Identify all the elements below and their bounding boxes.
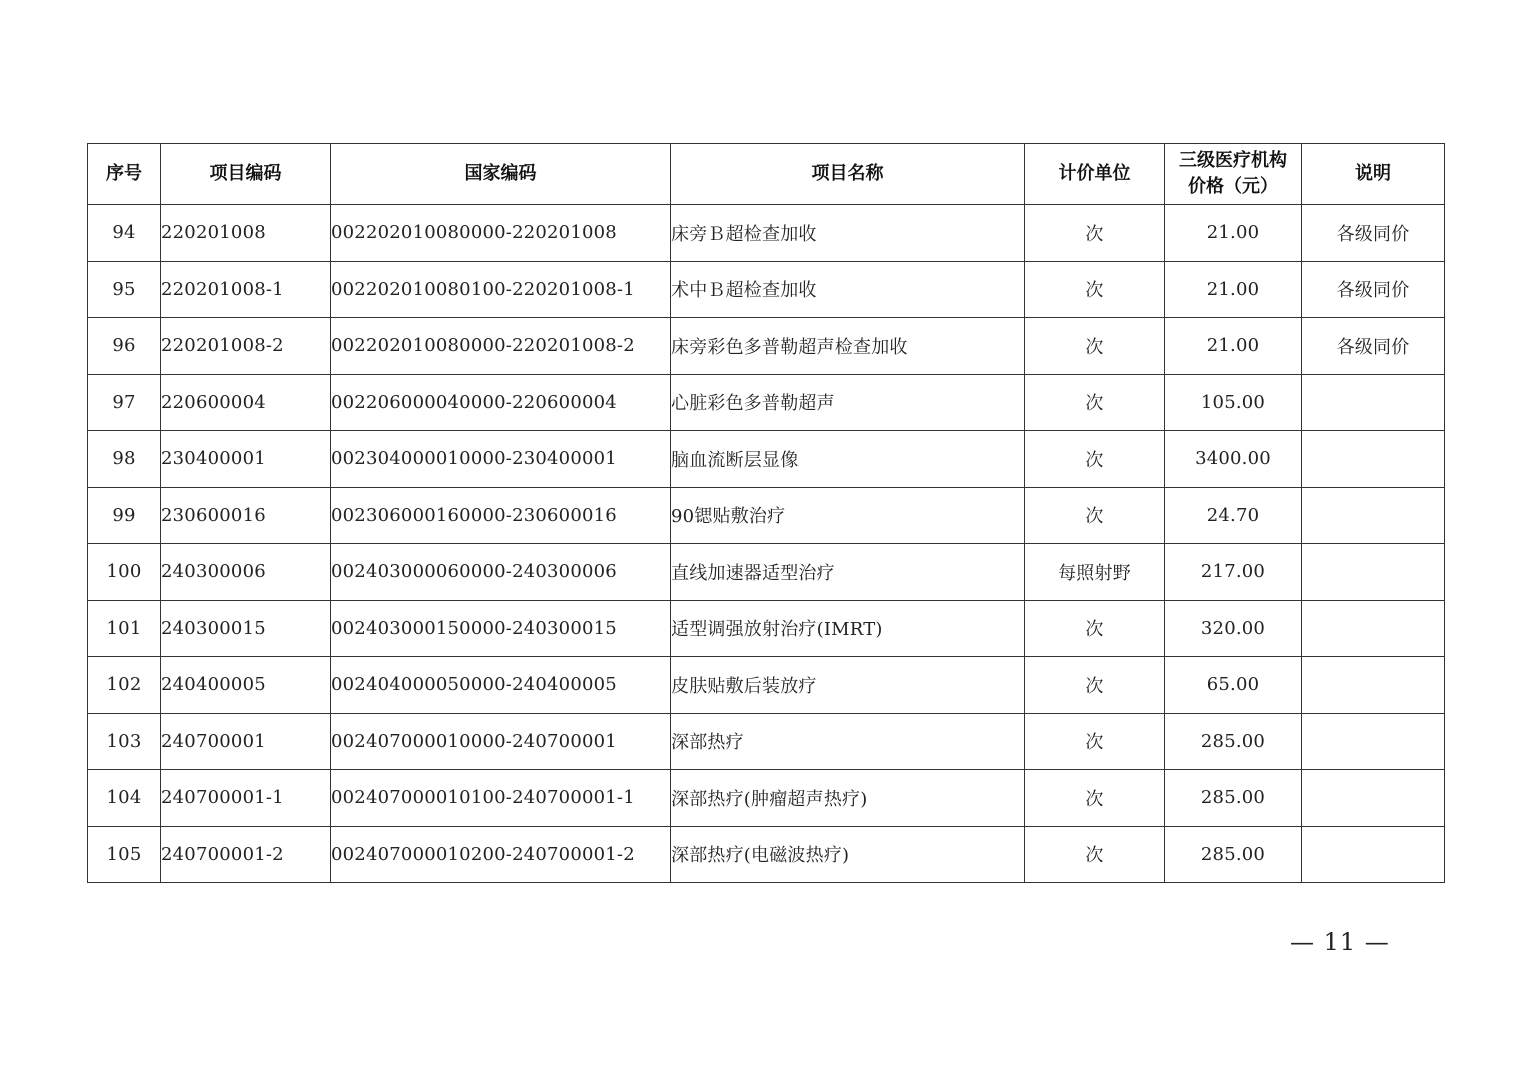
cell-unit: 次 <box>1025 487 1165 544</box>
header-unit: 计价单位 <box>1025 144 1165 205</box>
cell-seq: 101 <box>88 600 161 657</box>
table-row: 95220201008-1002202010080100-220201008-1… <box>88 261 1445 318</box>
cell-unit: 次 <box>1025 431 1165 488</box>
cell-item-name: 90锶贴敷治疗 <box>671 487 1025 544</box>
cell-seq: 98 <box>88 431 161 488</box>
cell-unit: 次 <box>1025 826 1165 883</box>
cell-price: 285.00 <box>1165 770 1302 827</box>
table-row: 100240300006002403000060000-240300006直线加… <box>88 544 1445 601</box>
cell-seq: 96 <box>88 318 161 375</box>
header-item-code: 项目编码 <box>161 144 331 205</box>
table-row: 102240400005002404000050000-240400005皮肤贴… <box>88 657 1445 714</box>
cell-item-name: 心脏彩色多普勒超声 <box>671 374 1025 431</box>
table-row: 103240700001002407000010000-240700001深部热… <box>88 713 1445 770</box>
cell-seq: 104 <box>88 770 161 827</box>
cell-item-code: 240700001-2 <box>161 826 331 883</box>
cell-item-code: 230400001 <box>161 431 331 488</box>
cell-note <box>1302 487 1445 544</box>
table-row: 104240700001-1002407000010100-240700001-… <box>88 770 1445 827</box>
cell-price: 105.00 <box>1165 374 1302 431</box>
table-row: 94220201008002202010080000-220201008床旁Ｂ超… <box>88 205 1445 262</box>
cell-item-code: 220201008-1 <box>161 261 331 318</box>
cell-national-code: 002304000010000-230400001 <box>331 431 671 488</box>
cell-seq: 100 <box>88 544 161 601</box>
table-body: 94220201008002202010080000-220201008床旁Ｂ超… <box>88 205 1445 883</box>
header-note: 说明 <box>1302 144 1445 205</box>
cell-national-code: 002407000010100-240700001-1 <box>331 770 671 827</box>
cell-national-code: 002306000160000-230600016 <box>331 487 671 544</box>
cell-item-code: 240300015 <box>161 600 331 657</box>
cell-item-name: 床旁彩色多普勒超声检查加收 <box>671 318 1025 375</box>
cell-price: 21.00 <box>1165 261 1302 318</box>
cell-note: 各级同价 <box>1302 205 1445 262</box>
cell-item-name: 深部热疗(肿瘤超声热疗) <box>671 770 1025 827</box>
cell-price: 320.00 <box>1165 600 1302 657</box>
table-header-row: 序号 项目编码 国家编码 项目名称 计价单位 三级医疗机构 价格（元） 说明 <box>88 144 1445 205</box>
cell-item-code: 240700001 <box>161 713 331 770</box>
cell-item-name: 术中Ｂ超检查加收 <box>671 261 1025 318</box>
cell-seq: 97 <box>88 374 161 431</box>
cell-item-code: 230600016 <box>161 487 331 544</box>
cell-price: 21.00 <box>1165 318 1302 375</box>
cell-unit: 次 <box>1025 318 1165 375</box>
cell-note <box>1302 770 1445 827</box>
cell-note <box>1302 374 1445 431</box>
cell-price: 285.00 <box>1165 826 1302 883</box>
cell-item-code: 240400005 <box>161 657 331 714</box>
table-row: 101240300015002403000150000-240300015适型调… <box>88 600 1445 657</box>
cell-item-name: 深部热疗 <box>671 713 1025 770</box>
cell-item-name: 床旁Ｂ超检查加收 <box>671 205 1025 262</box>
cell-item-name: 深部热疗(电磁波热疗) <box>671 826 1025 883</box>
cell-national-code: 002202010080000-220201008 <box>331 205 671 262</box>
document-page: 序号 项目编码 国家编码 项目名称 计价单位 三级医疗机构 价格（元） 说明 9… <box>0 0 1520 1074</box>
table-row: 96220201008-2002202010080000-220201008-2… <box>88 318 1445 375</box>
cell-national-code: 002407000010000-240700001 <box>331 713 671 770</box>
cell-note <box>1302 826 1445 883</box>
cell-item-name: 直线加速器适型治疗 <box>671 544 1025 601</box>
cell-note <box>1302 713 1445 770</box>
header-price-line2: 价格（元） <box>1165 174 1301 200</box>
cell-item-code: 220201008-2 <box>161 318 331 375</box>
table-row: 99230600016002306000160000-23060001690锶贴… <box>88 487 1445 544</box>
cell-seq: 105 <box>88 826 161 883</box>
cell-national-code: 002404000050000-240400005 <box>331 657 671 714</box>
cell-national-code: 002202010080000-220201008-2 <box>331 318 671 375</box>
cell-unit: 次 <box>1025 657 1165 714</box>
cell-note <box>1302 431 1445 488</box>
cell-price: 217.00 <box>1165 544 1302 601</box>
cell-item-code: 220201008 <box>161 205 331 262</box>
cell-note <box>1302 544 1445 601</box>
cell-price: 24.70 <box>1165 487 1302 544</box>
cell-item-name: 适型调强放射治疗(IMRT) <box>671 600 1025 657</box>
header-seq: 序号 <box>88 144 161 205</box>
cell-note: 各级同价 <box>1302 261 1445 318</box>
cell-unit: 次 <box>1025 770 1165 827</box>
table-row: 105240700001-2002407000010200-240700001-… <box>88 826 1445 883</box>
cell-seq: 102 <box>88 657 161 714</box>
cell-unit: 次 <box>1025 261 1165 318</box>
cell-national-code: 002403000060000-240300006 <box>331 544 671 601</box>
cell-unit: 次 <box>1025 600 1165 657</box>
cell-item-name: 皮肤贴敷后装放疗 <box>671 657 1025 714</box>
table-row: 97220600004002206000040000-220600004心脏彩色… <box>88 374 1445 431</box>
cell-seq: 95 <box>88 261 161 318</box>
cell-note <box>1302 657 1445 714</box>
page-number: — 11 — <box>1290 928 1390 956</box>
cell-price: 285.00 <box>1165 713 1302 770</box>
cell-seq: 103 <box>88 713 161 770</box>
cell-seq: 94 <box>88 205 161 262</box>
table-row: 98230400001002304000010000-230400001脑血流断… <box>88 431 1445 488</box>
cell-item-name: 脑血流断层显像 <box>671 431 1025 488</box>
header-price-line1: 三级医疗机构 <box>1165 148 1301 174</box>
cell-unit: 次 <box>1025 713 1165 770</box>
cell-unit: 次 <box>1025 374 1165 431</box>
cell-note <box>1302 600 1445 657</box>
cell-item-code: 240300006 <box>161 544 331 601</box>
cell-unit: 次 <box>1025 205 1165 262</box>
cell-national-code: 002407000010200-240700001-2 <box>331 826 671 883</box>
cell-price: 21.00 <box>1165 205 1302 262</box>
cell-seq: 99 <box>88 487 161 544</box>
cell-national-code: 002403000150000-240300015 <box>331 600 671 657</box>
cell-unit: 每照射野 <box>1025 544 1165 601</box>
cell-item-code: 240700001-1 <box>161 770 331 827</box>
cell-item-code: 220600004 <box>161 374 331 431</box>
cell-price: 3400.00 <box>1165 431 1302 488</box>
cell-national-code: 002206000040000-220600004 <box>331 374 671 431</box>
medical-price-table: 序号 项目编码 国家编码 项目名称 计价单位 三级医疗机构 价格（元） 说明 9… <box>87 143 1445 883</box>
header-price: 三级医疗机构 价格（元） <box>1165 144 1302 205</box>
cell-price: 65.00 <box>1165 657 1302 714</box>
header-item-name: 项目名称 <box>671 144 1025 205</box>
header-national-code: 国家编码 <box>331 144 671 205</box>
cell-note: 各级同价 <box>1302 318 1445 375</box>
cell-national-code: 002202010080100-220201008-1 <box>331 261 671 318</box>
